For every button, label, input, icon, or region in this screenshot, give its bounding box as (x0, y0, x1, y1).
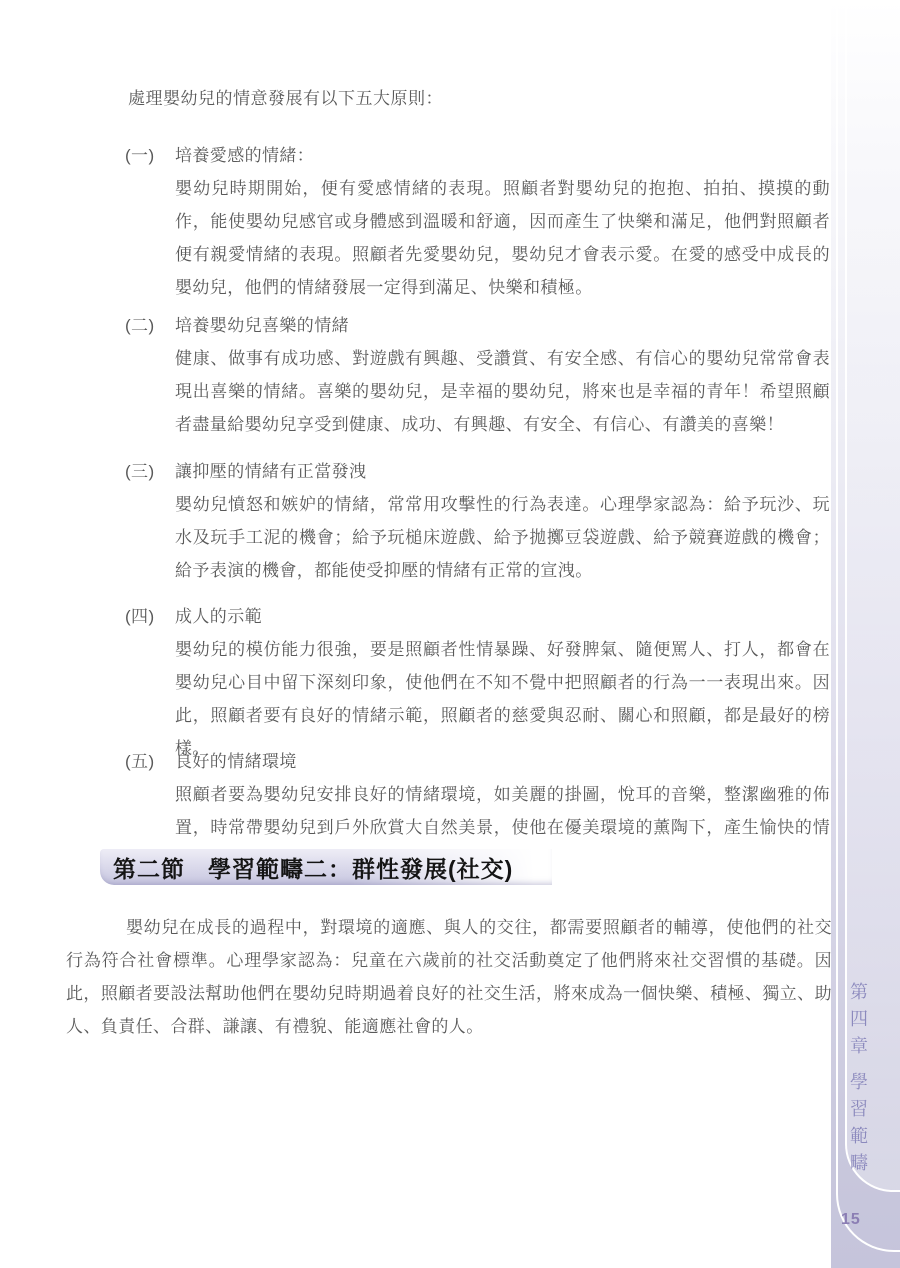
principle-item-4: (四) 成人的示範 嬰幼兒的模仿能力很強，要是照顧者性情暴躁、好發脾氣、隨便罵人… (125, 600, 835, 765)
principle-title: 培養嬰幼兒喜樂的情緒 (175, 309, 830, 342)
principle-number: (一) (125, 139, 175, 304)
sidebar-section-label: 學習範疇 (849, 1072, 871, 1180)
principle-title: 培養愛感的情緒： (175, 139, 830, 172)
principle-content: 成人的示範 嬰幼兒的模仿能力很強，要是照顧者性情暴躁、好發脾氣、隨便罵人、打人，… (175, 600, 830, 765)
principle-title: 成人的示範 (175, 600, 830, 633)
principle-content: 培養嬰幼兒喜樂的情緒 健康、做事有成功感、對遊戲有興趣、受讚賞、有安全感、有信心… (175, 309, 830, 441)
principle-item-1: (一) 培養愛感的情緒： 嬰幼兒時期開始，便有愛感情緒的表現。照顧者對嬰幼兒的抱… (125, 139, 835, 304)
principle-content: 讓抑壓的情緒有正當發洩 嬰幼兒憤怒和嫉妒的情緒，常常用攻擊性的行為表達。心理學家… (175, 455, 830, 587)
intro-paragraph: 處理嬰幼兒的情意發展有以下五大原則： (128, 87, 828, 111)
principle-title: 讓抑壓的情緒有正當發洩 (175, 455, 830, 488)
book-page: 第四章 學習範疇 15 處理嬰幼兒的情意發展有以下五大原則： (一) 培養愛感的… (0, 0, 900, 1268)
principle-item-2: (二) 培養嬰幼兒喜樂的情緒 健康、做事有成功感、對遊戲有興趣、受讚賞、有安全感… (125, 309, 835, 441)
principle-item-3: (三) 讓抑壓的情緒有正當發洩 嬰幼兒憤怒和嫉妒的情緒，常常用攻擊性的行為表達。… (125, 455, 835, 587)
principle-body: 健康、做事有成功感、對遊戲有興趣、受讚賞、有安全感、有信心的嬰幼兒常常會表現出喜… (175, 342, 830, 441)
section-heading-title: 學習範疇二：群性發展(社交) (185, 851, 513, 884)
principle-body: 嬰幼兒時期開始，便有愛感情緒的表現。照顧者對嬰幼兒的抱抱、拍拍、摸摸的動作，能使… (175, 172, 830, 304)
section-heading-bar: 第二節 學習範疇二：群性發展(社交) (100, 849, 552, 885)
page-number: 15 (841, 1211, 861, 1229)
principle-number: (二) (125, 309, 175, 441)
principle-number: (三) (125, 455, 175, 587)
section-heading-label: 第二節 (100, 851, 185, 884)
body-paragraph: 嬰幼兒在成長的過程中，對環境的適應、與人的交往，都需要照顧者的輔導，使他們的社交… (66, 911, 832, 1043)
principle-content: 培養愛感的情緒： 嬰幼兒時期開始，便有愛感情緒的表現。照顧者對嬰幼兒的抱抱、拍拍… (175, 139, 830, 304)
principle-body: 嬰幼兒憤怒和嫉妒的情緒，常常用攻擊性的行為表達。心理學家認為：給予玩沙、玩水及玩… (175, 488, 830, 587)
principle-title: 良好的情緒環境 (175, 745, 830, 778)
sidebar-chapter-label: 第四章 (849, 982, 871, 1063)
principle-number: (四) (125, 600, 175, 765)
